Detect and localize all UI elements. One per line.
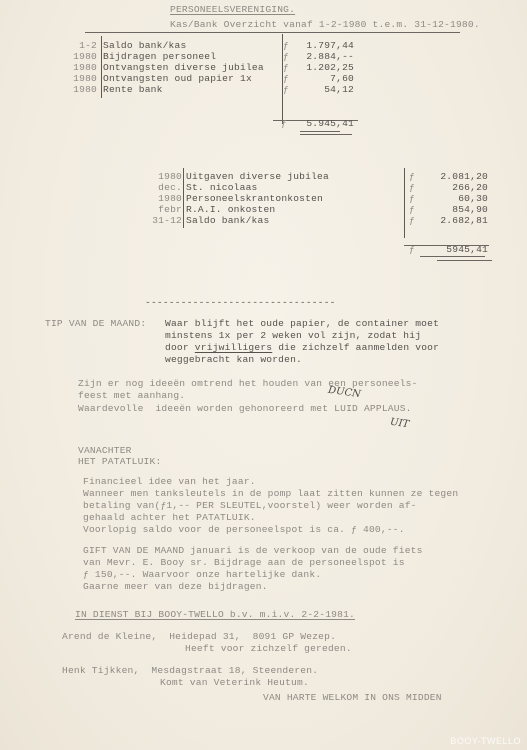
expense-desc: St. nicolaas xyxy=(186,182,258,193)
gift-line-1: GIFT VAN DE MAAND januari is de verkoop … xyxy=(83,545,423,556)
tip-line-3-start: door xyxy=(165,342,195,353)
new-staff-1-note: Heeft voor zichzelf gereden. xyxy=(185,643,352,654)
gift-line-3: ƒ 150,--. Waarvoor onze hartelijke dank. xyxy=(83,569,321,580)
new-staff-2-address: Henk Tijkken, Mesdagstraat 18, Steendere… xyxy=(62,665,318,676)
income-cur: ƒ xyxy=(283,40,289,51)
patatluik-line-5: Voorlopig saldo voor de personeelspot is… xyxy=(83,524,405,535)
new-staff-1-address: Arend de Kleine, Heidepad 31, 8091 GP We… xyxy=(62,631,336,642)
expense-date: 1980 xyxy=(130,171,182,182)
income-desc: Ontvangsten oud papier 1x xyxy=(103,73,252,84)
volunteers-word: vrijwilligers xyxy=(195,342,272,353)
income-desc: Rente bank xyxy=(103,84,163,95)
new-staff-2-note: Komt van Veterink Heutum. xyxy=(160,677,309,688)
expense-cur: ƒ xyxy=(409,182,415,193)
expense-total: 5945,41 xyxy=(418,244,488,255)
tip-line-1: Waar blijft het oude papier, de containe… xyxy=(165,318,439,329)
expense-double-rule-1 xyxy=(420,256,485,257)
gift-line-4: Gaarne meer van deze bijdragen. xyxy=(83,581,268,592)
new-staff-heading: IN DIENST BIJ BOOY-TWELLO b.v. m.i.v. 2-… xyxy=(75,609,355,620)
patatluik-heading-1: VANACHTER xyxy=(78,445,132,456)
header-rule xyxy=(85,32,460,33)
expense-total-currency: ƒ xyxy=(409,244,415,255)
expense-amount: 2.682,81 xyxy=(418,215,488,226)
org-title: PERSONEELSVERENIGING. xyxy=(170,4,295,15)
income-amount: 7,60 xyxy=(290,73,354,84)
tip-line-2: minstens 1x per 2 weken vol zijn, zodat … xyxy=(165,330,421,341)
expense-desc: R.A.I. onkosten xyxy=(186,204,275,215)
income-cur: ƒ xyxy=(283,62,289,73)
tip-line-3: door vrijwilligers die zichzelf aanmelde… xyxy=(165,342,439,353)
tip-line-3-end: die zichzelf aanmelden voor xyxy=(278,342,439,353)
income-desc: Saldo bank/kas xyxy=(103,40,186,51)
expense-amount: 60,30 xyxy=(418,193,488,204)
income-double-rule-2 xyxy=(300,134,352,135)
expense-date: febr xyxy=(130,204,182,215)
income-amount: 1.797,44 xyxy=(290,40,354,51)
income-col-divider xyxy=(101,36,102,98)
expense-cur: ƒ xyxy=(409,193,415,204)
ideas-line-3: Waardevolle ideeën worden gehonoreerd me… xyxy=(78,403,412,414)
tip-label: TIP VAN DE MAAND: xyxy=(45,318,146,329)
welcome-line: VAN HARTE WELKOM IN ONS MIDDEN xyxy=(263,692,442,703)
expense-amount: 2.081,20 xyxy=(418,171,488,182)
expense-amount: 854,90 xyxy=(418,204,488,215)
expense-amount-divider xyxy=(404,168,405,238)
expense-cur: ƒ xyxy=(409,215,415,226)
separator: -------------------------------- xyxy=(145,297,336,308)
expense-date: 1980 xyxy=(130,193,182,204)
income-total-currency: ƒ xyxy=(281,118,287,129)
expense-double-rule-2 xyxy=(437,260,492,261)
expense-cur: ƒ xyxy=(409,171,415,182)
income-cur: ƒ xyxy=(283,84,289,95)
income-amount: 54,12 xyxy=(290,84,354,95)
patatluik-heading-2: HET PATATLUIK: xyxy=(78,456,161,467)
income-date: 1980 xyxy=(45,62,97,73)
income-amount: 1.202,25 xyxy=(290,62,354,73)
patatluik-line-4: gehaald achter het PATATLUIK. xyxy=(83,512,256,523)
income-date: 1-2 xyxy=(45,40,97,51)
patatluik-line-2: Wanneer men tanksleutels in de pomp laat… xyxy=(83,488,458,499)
gift-line-2: van Mevr. E. Booy sr. Bijdrage aan de pe… xyxy=(83,557,405,568)
income-total: 5.945,41 xyxy=(290,118,354,129)
income-date: 1980 xyxy=(45,51,97,62)
watermark: BOOY-TWELLO xyxy=(450,736,521,746)
expense-date: 31-12 xyxy=(130,215,182,226)
expense-desc: Saldo bank/kas xyxy=(186,215,269,226)
income-cur: ƒ xyxy=(283,51,289,62)
patatluik-line-3: betaling van(ƒ1,-- PER SLEUTEL,voorstel)… xyxy=(83,500,417,511)
document-page: PERSONEELSVERENIGING. Kas/Bank Overzicht… xyxy=(0,0,527,750)
expense-desc: Personeelskrantonkosten xyxy=(186,193,323,204)
expense-col-divider xyxy=(183,168,184,228)
expense-desc: Uitgaven diverse jubilea xyxy=(186,171,329,182)
ideas-line-1: Zijn er nog ideeën omtrend het houden va… xyxy=(78,378,418,389)
handwritten-note-2: UIT xyxy=(389,417,409,431)
income-amount: 2.884,-- xyxy=(290,51,354,62)
expense-cur: ƒ xyxy=(409,204,415,215)
income-cur: ƒ xyxy=(283,73,289,84)
ideas-line-2: feest met aanhang. xyxy=(78,390,185,401)
expense-amount: 266,20 xyxy=(418,182,488,193)
income-date: 1980 xyxy=(45,73,97,84)
income-desc: Ontvangsten diverse jubilea xyxy=(103,62,264,73)
overview-subtitle: Kas/Bank Overzicht vanaf 1-2-1980 t.e.m.… xyxy=(170,19,480,30)
patatluik-line-1: Financieel idee van het jaar. xyxy=(83,476,256,487)
income-desc: Bijdragen personeel xyxy=(103,51,216,62)
income-double-rule-1 xyxy=(300,131,340,132)
expense-date: dec. xyxy=(130,182,182,193)
income-date: 1980 xyxy=(45,84,97,95)
tip-line-4: weggebracht kan worden. xyxy=(165,354,302,365)
